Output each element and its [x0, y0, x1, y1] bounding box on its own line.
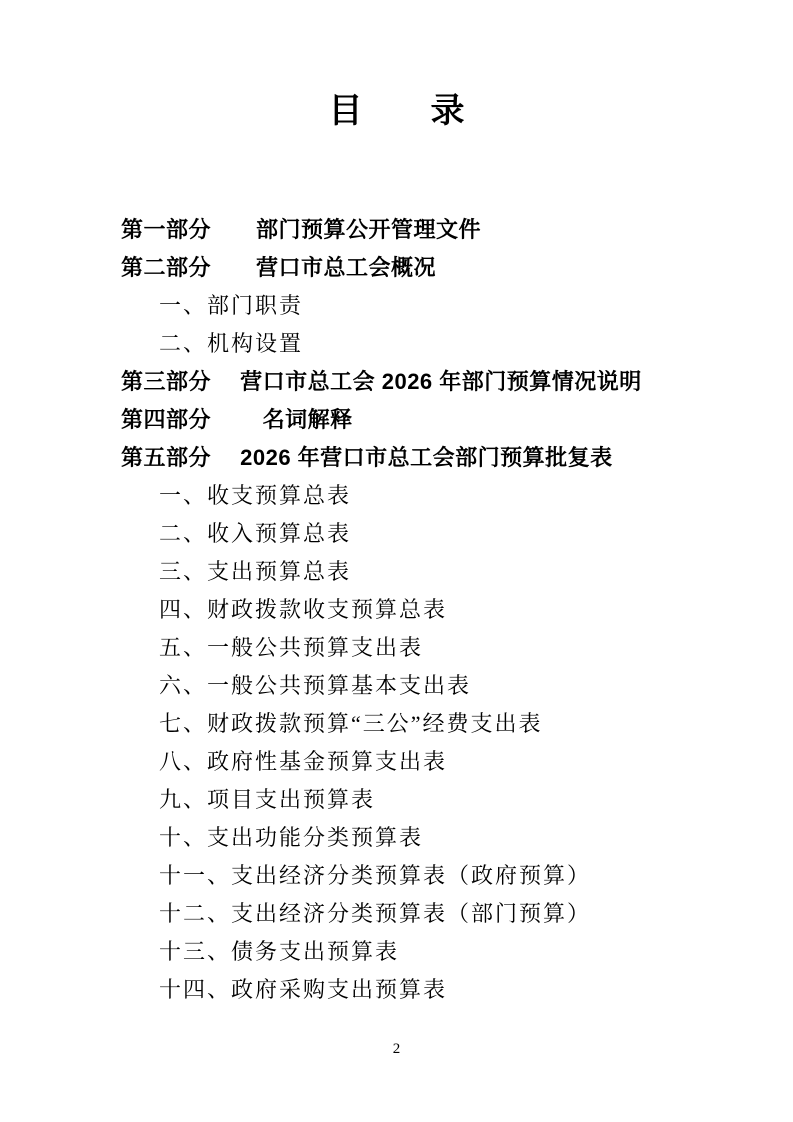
toc-part-1: 第一部分 部门预算公开管理文件: [121, 211, 753, 249]
toc-part-3: 第三部分 营口市总工会 2026 年部门预算情况说明: [121, 363, 753, 401]
toc-entry: 九、项目支出预算表: [121, 781, 753, 819]
toc-entry: 一、部门职责: [121, 287, 753, 325]
toc-entry: 十二、支出经济分类预算表（部门预算）: [121, 895, 753, 933]
toc-entry: 十四、政府采购支出预算表: [121, 971, 753, 1009]
toc-entry: 五、一般公共预算支出表: [121, 629, 753, 667]
toc-entry: 十、支出功能分类预算表: [121, 819, 753, 857]
toc-entry: 六、一般公共预算基本支出表: [121, 667, 753, 705]
toc-entry: 十一、支出经济分类预算表（政府预算）: [121, 857, 753, 895]
toc-entry: 二、机构设置: [121, 325, 753, 363]
toc-entry: 七、财政拨款预算“三公”经费支出表: [121, 705, 753, 743]
page-title: 目 录: [0, 0, 793, 134]
toc-entry: 三、支出预算总表: [121, 553, 753, 591]
toc-entry: 十三、债务支出预算表: [121, 933, 753, 971]
toc-entry: 八、政府性基金预算支出表: [121, 743, 753, 781]
toc-entry: 二、收入预算总表: [121, 515, 753, 553]
toc-part-5: 第五部分 2026 年营口市总工会部门预算批复表: [121, 439, 753, 477]
table-of-contents: 第一部分 部门预算公开管理文件 第二部分 营口市总工会概况 一、部门职责 二、机…: [0, 211, 793, 1009]
toc-entry: 四、财政拨款收支预算总表: [121, 591, 753, 629]
document-page: 目 录 第一部分 部门预算公开管理文件 第二部分 营口市总工会概况 一、部门职责…: [0, 0, 793, 1122]
toc-part-2: 第二部分 营口市总工会概况: [121, 249, 753, 287]
toc-entry: 一、收支预算总表: [121, 477, 753, 515]
page-number: 2: [0, 1041, 793, 1058]
toc-part-4: 第四部分 名词解释: [121, 401, 753, 439]
